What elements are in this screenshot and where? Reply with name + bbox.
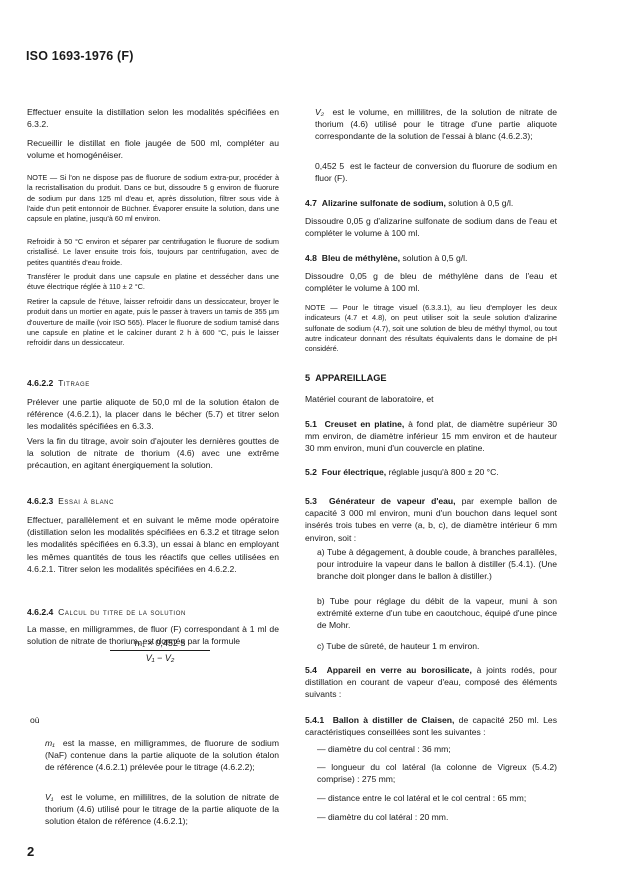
note: Retirer la capsule de l'étuve, laisser r…	[27, 297, 279, 348]
section-heading-4624: 4.6.2.4 Calcul du titre de la solution	[27, 606, 186, 618]
definition-m1: m₁ est la masse, en milligrammes, de flu…	[45, 737, 279, 774]
section-5-heading: 5 APPAREILLAGE	[305, 373, 387, 383]
paragraph: Prélever une partie aliquote de 50,0 ml …	[27, 396, 279, 433]
section-5-1: 5.1 Creuset en platine, à fond plat, de …	[305, 418, 557, 455]
section-5-4-1: 5.4.1 Ballon à distiller de Claisen, de …	[305, 714, 557, 738]
definition-v2: V₂ est le volume, en millilitres, de la …	[315, 106, 557, 143]
section-4-8-heading: 4.8 Bleu de méthylène, solution à 0,5 g/…	[305, 252, 557, 264]
section-heading-4623: 4.6.2.3 Essai à blanc	[27, 495, 114, 507]
list-item: — longueur du col latéral (la colonne de…	[317, 761, 557, 785]
paragraph: Vers la fin du titrage, avoir soin d'ajo…	[27, 435, 279, 472]
section-5-2: 5.2 Four électrique, réglable jusqu'à 80…	[305, 466, 557, 478]
section-heading-4622: 4.6.2.2 Titrage	[27, 377, 90, 389]
where-label: où	[30, 714, 40, 726]
list-item: a) Tube à dégagement, à double coude, à …	[317, 546, 557, 583]
note: NOTE — Si l'on ne dispose pas de fluorur…	[27, 173, 279, 224]
formula: m₁ × 0,452 5 V₁ − V₂	[110, 638, 210, 663]
paragraph: Recueillir le distillat en fiole jaugée …	[27, 137, 279, 161]
definition-v1: V₁ est le volume, en millilitres, de la …	[45, 791, 279, 828]
list-item: — diamètre du col latéral : 20 mm.	[317, 811, 557, 823]
section-5-4: 5.4 Appareil en verre au borosilicate, à…	[305, 664, 557, 701]
list-item: c) Tube de sûreté, de hauteur 1 m enviro…	[317, 640, 557, 652]
document-header: ISO 1693-1976 (F)	[26, 49, 134, 63]
note: NOTE — Pour le titrage visuel (6.3.3.1),…	[305, 303, 557, 354]
section-4-7-heading: 4.7 Alizarine sulfonate de sodium, solut…	[305, 197, 557, 209]
note: Refroidir à 50 °C environ et séparer par…	[27, 237, 279, 268]
page-number: 2	[27, 844, 34, 859]
note: Transférer le produit dans une capsule e…	[27, 272, 279, 293]
list-item: b) Tube pour réglage du débit de la vape…	[317, 595, 557, 632]
paragraph: Dissoudre 0,05 g de bleu de méthylène da…	[305, 270, 557, 294]
list-item: — distance entre le col latéral et le co…	[317, 792, 557, 804]
paragraph: Matériel courant de laboratoire, et	[305, 393, 557, 405]
definition-factor: 0,452 5 est le facteur de conversion du …	[315, 160, 557, 184]
paragraph: Effectuer, parallèlement et en suivant l…	[27, 514, 279, 575]
paragraph: Dissoudre 0,05 g d'alizarine sulfonate d…	[305, 215, 557, 239]
paragraph: Effectuer ensuite la distillation selon …	[27, 106, 279, 130]
list-item: — diamètre du col central : 36 mm;	[317, 743, 557, 755]
section-5-3: 5.3 Générateur de vapeur d'eau, par exem…	[305, 495, 557, 544]
